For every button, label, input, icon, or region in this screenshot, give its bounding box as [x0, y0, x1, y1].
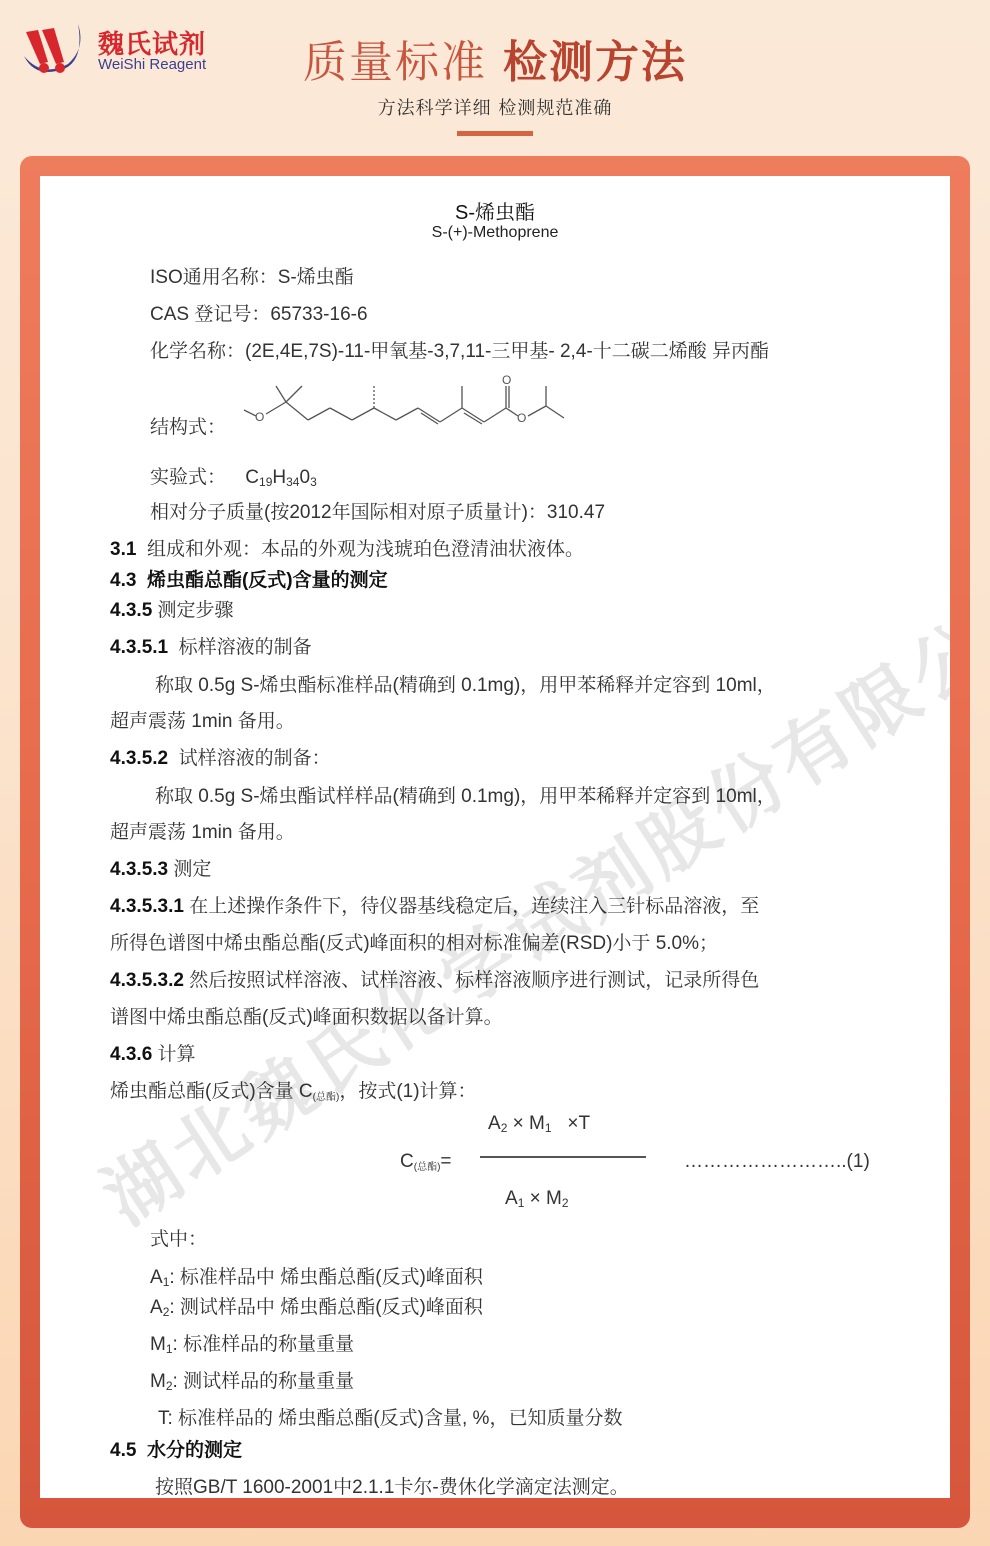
section-4-5-heading: 4.5 水分的测定 — [110, 1435, 242, 1462]
var-t: T: 标准样品的 烯虫酯总酯(反式)含量, %，已知质量分数 — [158, 1403, 622, 1430]
fraction-line — [480, 1156, 646, 1158]
section-4-3-6: 4.3.6 计算 — [110, 1039, 196, 1066]
section-4-3-5-1-para-1: 称取 0.5g S-烯虫酯标准样品(精确到 0.1mg)，用甲苯稀释并定容到 1… — [155, 670, 776, 697]
section-4-3-5-3-2-cont: 谱图中烯虫酯总酯(反式)峰面积数据以备计算。 — [110, 1002, 503, 1029]
formula-numerator: A2 × M1 ×T — [488, 1113, 590, 1135]
section-4-3-5-3-2: 4.3.5.3.2 然后按照试样溶液、试样溶液、标样溶液顺序进行测试，记录所得色 — [110, 965, 759, 992]
document-paper: 湖北魏氏化学试剂股份有限公司 S-烯虫酯 S-(+)-Methoprene IS… — [40, 176, 950, 1498]
formula-ref: ……………………..(1) — [684, 1151, 870, 1173]
var-m1: M1: 标准样品的称量重量 — [150, 1329, 354, 1356]
formula-label: 实验式： — [150, 467, 226, 488]
formula-row: 实验式： C19H3403 — [150, 462, 317, 489]
formula-denominator: A1 × M2 — [505, 1188, 569, 1210]
section-4-3-5-3: 4.3.5.3 测定 — [110, 854, 211, 881]
section-4-3-5-2-para-2: 超声震荡 1min 备用。 — [110, 817, 295, 844]
doc-title: S-烯虫酯 — [40, 196, 950, 225]
var-a2: A2: 测试样品中 烯虫酯总酯(反式)峰面积 — [150, 1292, 483, 1319]
calc-intro: 烯虫酯总酯(反式)含量 C(总酯)，按式(1)计算： — [110, 1076, 477, 1103]
page-header: 魏氏试剂 WeiShi Reagent 质量标准 检测方法 方法科学详细 检测规… — [0, 0, 990, 160]
structure-label: 结构式： — [150, 412, 226, 439]
page-title: 质量标准 检测方法 — [0, 26, 990, 90]
where-label: 式中： — [150, 1224, 207, 1251]
section-4-3-5-2: 4.3.5.2 试样溶液的制备： — [110, 743, 331, 770]
doc-subtitle: S-(+)-Methoprene — [40, 224, 950, 242]
svg-text:O: O — [517, 411, 526, 425]
formula-value: C19H3403 — [245, 467, 316, 488]
chemical-structure-image: O O — [238, 372, 578, 436]
title-light: 质量标准 — [303, 37, 487, 88]
section-3-1: 3.1 组成和外观：本品的外观为浅琥珀色澄清油状液体。 — [110, 534, 584, 561]
molecular-mass: 相对分子质量(按2012年国际相对原子质量计)：310.47 — [150, 497, 605, 524]
chemical-name: 化学名称：(2E,4E,7S)-11-甲氧基-3,7,11-三甲基- 2,4-十… — [150, 336, 769, 363]
formula-lhs: C(总酯)= — [400, 1151, 452, 1173]
page-subtitle: 方法科学详细 检测规范准确 — [0, 94, 990, 120]
section-4-3-heading: 4.3 烯虫酯总酯(反式)含量的测定 — [110, 565, 388, 592]
cas-number: CAS 登记号：65733-16-6 — [150, 299, 368, 326]
var-a1: A1: 标准样品中 烯虫酯总酯(反式)峰面积 — [150, 1262, 483, 1289]
section-4-5-para: 按照GB/T 1600-2001中2.1.1卡尔-费休化学滴定法测定。 — [155, 1472, 629, 1498]
var-m2: M2: 测试样品的称量重量 — [150, 1366, 354, 1393]
section-4-3-5-3-1: 4.3.5.3.1 在上述操作条件下，待仪器基线稳定后，连续注入三针标品溶液，至 — [110, 891, 759, 918]
title-underline — [457, 131, 533, 136]
section-4-3-5-2-para-1: 称取 0.5g S-烯虫酯试样样品(精确到 0.1mg)，用甲苯稀释并定容到 1… — [155, 781, 776, 808]
section-4-3-5: 4.3.5 测定步骤 — [110, 595, 234, 622]
title-bold: 检测方法 — [503, 37, 687, 88]
section-4-3-5-3-1-cont: 所得色谱图中烯虫酯总酯(反式)峰面积的相对标准偏差(RSD)小于 5.0%； — [110, 928, 718, 955]
section-4-3-5-1-para-2: 超声震荡 1min 备用。 — [110, 706, 295, 733]
section-4-3-5-1: 4.3.5.1 标样溶液的制备 — [110, 632, 312, 659]
iso-name: ISO通用名称：S-烯虫酯 — [150, 262, 354, 289]
svg-text:O: O — [255, 410, 264, 424]
svg-text:O: O — [502, 373, 511, 387]
